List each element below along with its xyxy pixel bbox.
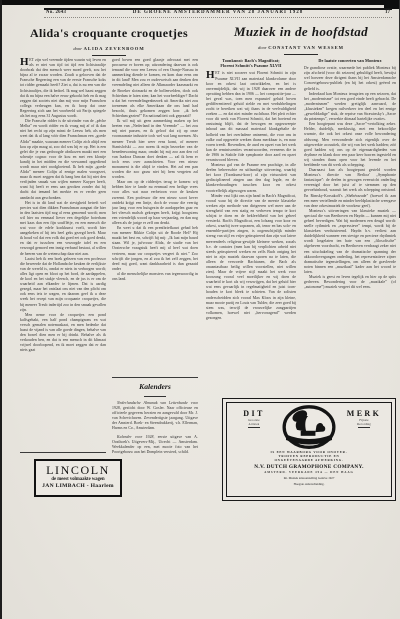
company-address: AMSTERD. VEERKADE 49A — DEN HAAG (231, 471, 387, 475)
kalenders-heading-rule (144, 396, 166, 397)
paragraph: Minder vast lijkt ons zijn hand in Bach'… (206, 194, 296, 321)
company-name: N.V. DUTCH GRAMOPHONE COMPANY. (231, 464, 387, 470)
masthead-title: DE GROENE AMSTERDAMMER VAN 28 JANUARI 19… (44, 10, 392, 15)
scan-top-edge (0, 0, 400, 5)
newspaper-page: No. 2643 DE GROENE AMSTERDAMMER VAN 28 J… (0, 0, 400, 619)
award-line: Int. Muziek tentoonstelling Genève 1927 (231, 476, 387, 480)
column-2-body: goed boven een goed glaasje advocaat met… (112, 58, 198, 372)
subheading: Toonkunst: Bach's Magnificat; Florent Sc… (206, 58, 296, 68)
paragraph: Monteux's uitvoeringen van klassieke muz… (304, 209, 396, 275)
paragraph: HET is niet zoozeer wat Florent Schmitt … (206, 71, 296, 163)
paragraph: Monteux gaf van de Psaume een prachtige,… (206, 163, 296, 194)
lincoln-brand: LINCOLN (36, 464, 120, 477)
ad-left-words: DIT Grootste Artisten (231, 409, 277, 428)
paragraph: Muziek is geest en leven tegelijk en hie… (304, 275, 396, 290)
small-rule (248, 427, 260, 428)
gramophone-ad: DIT Grootste Artisten MERK Fijnste Recor… (222, 398, 396, 501)
kalenders-item: Kalender voor 1928, eerste uitgave van A… (112, 435, 198, 455)
paragraph: goed boven een goed glaasje advocaat met… (112, 58, 198, 119)
scan-left-edge (0, 0, 2, 619)
his-masters-voice-gramophone-logo-icon (281, 405, 337, 451)
paragraph: Men neme voor de croquetjes een pond kal… (20, 313, 106, 354)
column-1-body: HET zijn wel vreemde tijden waarin wij l… (20, 58, 106, 449)
paragraph: En weet u dat ik een prentbriefkaart geh… (112, 226, 198, 272)
word-merk: MERK (341, 409, 387, 418)
word-dit: DIT (231, 409, 277, 418)
byline-rule (92, 55, 126, 56)
right-article-header: Muziek in de hoofdstad door CONSTANT VAN… (206, 24, 396, 55)
kalenders-items: Nederlandsche Almanak van Letterkunde vo… (112, 401, 198, 493)
column-4-body: De laatste concerten van Monteux De gran… (304, 58, 396, 395)
paragraph: Maar om op de riddertjes terug te komen:… (112, 180, 198, 226)
guarantee-text: ONGEËVENAARDE AFWERKING. (231, 458, 387, 462)
column-3-body: Toonkunst: Bach's Magnificat; Florent Sc… (206, 58, 296, 395)
drop-cap: H (206, 71, 215, 81)
paragraph: De grandiose ovatie, waarmede het publie… (304, 66, 396, 91)
paragraph: Het is in dit land wat de stevigheid bet… (20, 201, 106, 257)
left-article-byline: door ALIDA ZEVENBOOM (20, 46, 198, 51)
lincoln-ad: LINCOLN de meest volmaakte wagen JAN LIM… (34, 459, 122, 497)
gramophone-ad-top: DIT Grootste Artisten MERK Fijnste Recor… (231, 405, 387, 450)
paragraph: Die Fransche ridder is de uitvinder van … (20, 119, 106, 201)
right-article-byline: door CONSTANT VAN WESSEM (206, 45, 396, 50)
paragraph: Daarnaast kan als hoogtepunt gesteld wor… (304, 168, 396, 209)
paragraph: Ik wil mij uit geen aanmerking maken op … (112, 119, 198, 180)
award-line: Hoogste onderscheiding. (231, 482, 387, 486)
kalenders-heading: Kalenders (112, 382, 198, 391)
ad-separator-rule (20, 452, 106, 453)
right-article-title: Muziek in de hoofdstad (206, 24, 396, 40)
paragraph: Een hoogtepunt was deze „Sacre”-vertolki… (304, 122, 396, 168)
lincoln-dealer: JAN LIMBACH - Haarlem (36, 483, 120, 490)
byline-rule (284, 54, 318, 55)
left-article-header: Alida's croquante croquetjes door ALIDA … (20, 26, 198, 56)
section-divider-rule (112, 377, 198, 378)
paragraph: Laatst heb ik een boek gelezen van een p… (20, 257, 106, 313)
drop-cap: H (20, 58, 29, 68)
subheading: De laatste concerten van Monteux (304, 58, 396, 63)
gramophone-ad-inner: DIT Grootste Artisten MERK Fijnste Recor… (226, 402, 392, 497)
paragraph: HET zijn wel vreemde tijden waarin wij l… (20, 58, 106, 119)
masthead-rule-bottom (44, 17, 392, 18)
left-article-title: Alida's croquante croquetjes (20, 26, 198, 41)
page-number: 17 (385, 10, 390, 15)
kalenders-item: Nederlandsche Almanak van Letterkunde vo… (112, 401, 198, 432)
paragraph: Inderdaad kan Monteux terugzien op een s… (304, 92, 396, 123)
small-rule (358, 427, 370, 428)
paragraph: al die menschelijke monsters van tegenwo… (112, 272, 198, 282)
ad-right-words: MERK Fijnste Recording (341, 409, 387, 428)
